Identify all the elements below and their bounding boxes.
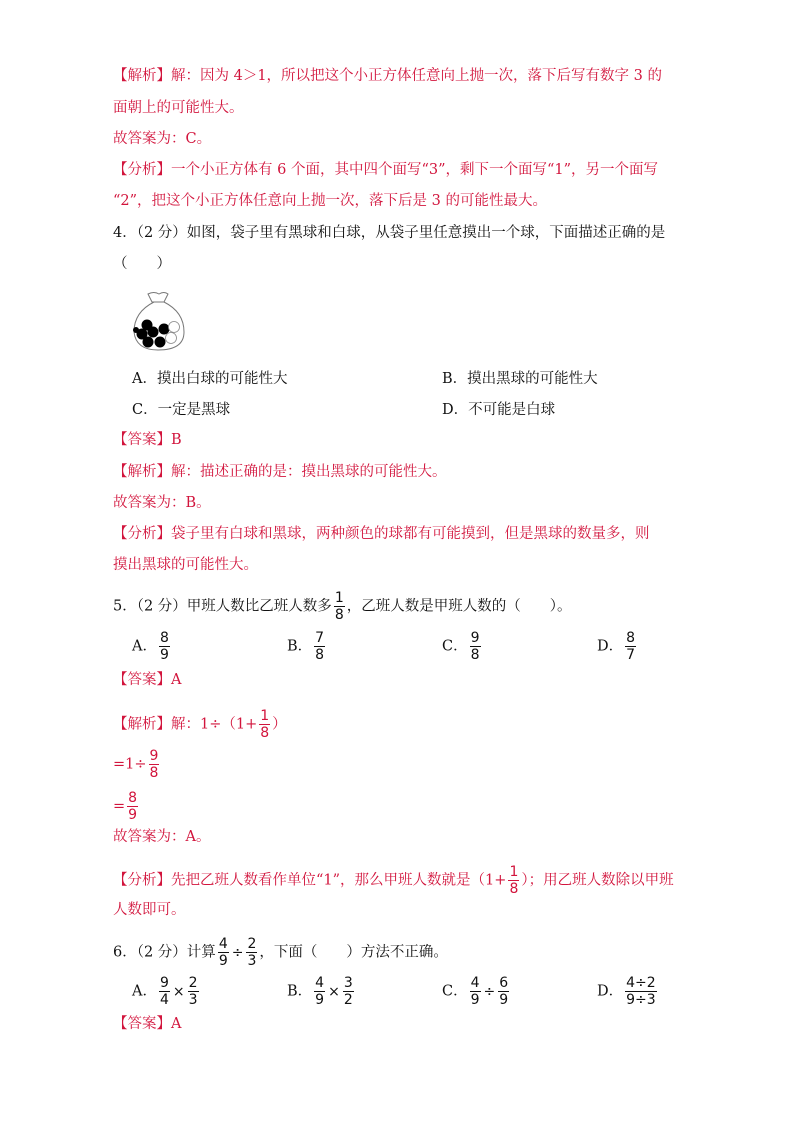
bag-of-balls-icon xyxy=(128,288,190,352)
q6-option-c: C．49÷69 xyxy=(442,975,511,1008)
q4-stem-line2: （ ） xyxy=(113,254,171,274)
reasoning-tag: 【分析】 xyxy=(113,162,171,178)
q5-step2: =1÷98 xyxy=(113,748,161,781)
q5-step3: =89 xyxy=(113,790,140,823)
q6-answer: 【答案】A xyxy=(113,1014,181,1034)
q5-option-b: B．78 xyxy=(287,630,327,663)
q6-option-a: A．94×23 xyxy=(132,975,201,1008)
q4-conclusion: 故答案为：B。 xyxy=(113,493,211,513)
q4-analysis: 【解析】解：描述正确的是：摸出黑球的可能性大。 xyxy=(113,462,447,482)
q4-answer: 【答案】B xyxy=(113,430,182,450)
q4-reasoning-line1: 【分析】袋子里有白球和黑球，两种颜色的球都有可能摸到，但是黑球的数量多，则 xyxy=(113,524,650,544)
q4-option-b: B．摸出黑球的可能性大 xyxy=(442,369,598,389)
q3-reasoning-line1: 【分析】一个小正方体有 6 个面，其中四个面写“3”，剩下一个面写“1”，另一个… xyxy=(113,160,658,180)
analysis-tag: 【解析】 xyxy=(113,68,171,84)
q3-analysis-line2: 面朝上的可能性大。 xyxy=(113,98,244,118)
q4-reasoning-line2: 摸出黑球的可能性大。 xyxy=(113,555,258,575)
q3-reasoning-line2: “2”，把这个小正方体任意向上抛一次，落下后是 3 的可能性最大。 xyxy=(113,191,547,211)
q6-option-b: B．49×32 xyxy=(287,975,356,1008)
q6-option-d: D．4÷29÷3 xyxy=(597,975,659,1008)
q5-analysis: 【解析】解：1÷（1+18） xyxy=(113,708,287,741)
q3-analysis-line1: 【解析】解：因为 4＞1，所以把这个小正方体任意向上抛一次，落下后写有数字 3 … xyxy=(113,66,662,86)
q5-reasoning-line2: 人数即可。 xyxy=(113,900,186,920)
q4-stem-line1: 4．（2 分）如图，袋子里有黑球和白球，从袋子里任意摸出一个球，下面描述正确的是 xyxy=(113,223,665,243)
q4-option-c: C．一定是黑球 xyxy=(132,400,230,420)
fraction: 18 xyxy=(334,590,345,623)
q4-option-a: A．摸出白球的可能性大 xyxy=(132,369,287,389)
q5-conclusion: 故答案为：A。 xyxy=(113,827,210,847)
q5-reasoning-line1: 【分析】先把乙班人数看作单位“1”，那么甲班人数就是（1+18）；用乙班人数除以… xyxy=(113,864,674,897)
q5-option-c: C．98 xyxy=(442,630,483,663)
q5-option-a: A．89 xyxy=(132,630,172,663)
q5-option-d: D．87 xyxy=(597,630,638,663)
q5-stem: 5．（2 分）甲班人数比乙班人数多18，乙班人数是甲班人数的（ ）。 xyxy=(113,590,571,623)
q5-answer: 【答案】A xyxy=(113,670,181,690)
q6-stem: 6．（2 分）计算49÷23，下面（ ）方法不正确。 xyxy=(113,936,448,969)
q3-conclusion: 故答案为：C。 xyxy=(113,129,211,149)
q4-option-d: D．不可能是白球 xyxy=(442,400,555,420)
